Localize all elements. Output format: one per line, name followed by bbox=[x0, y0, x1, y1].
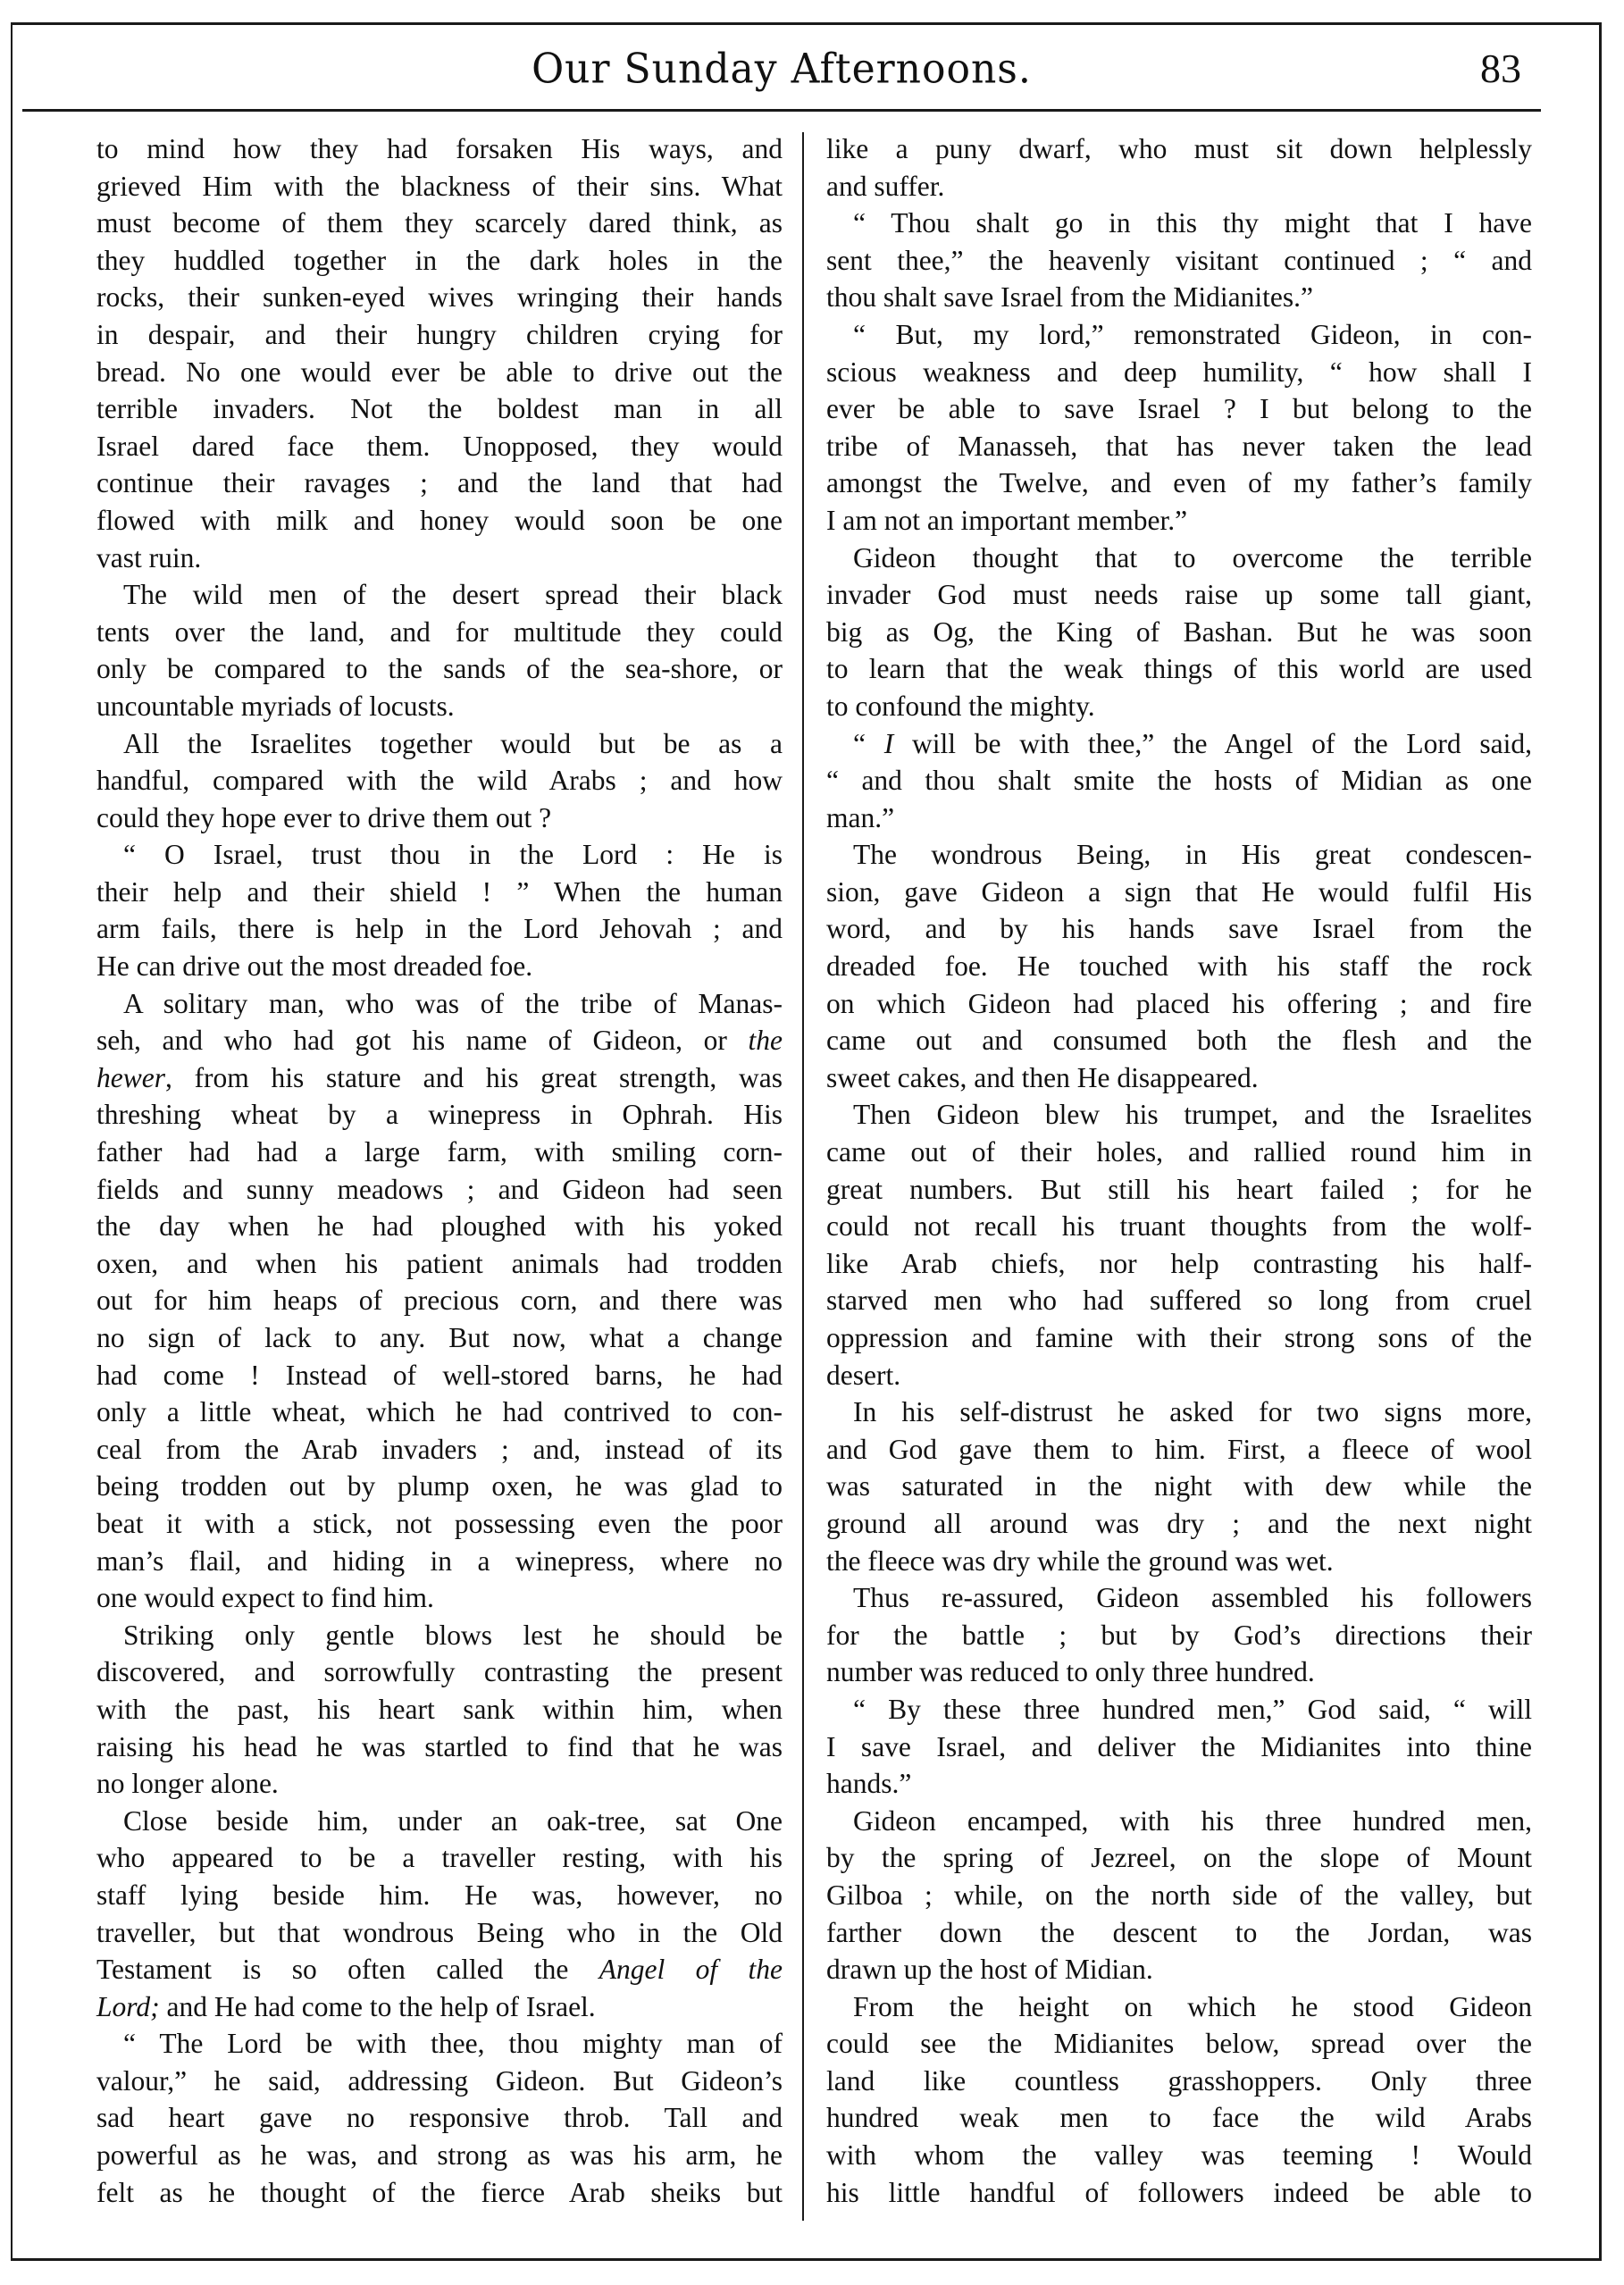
text-line: Close beside him, under an oak-tree, sat… bbox=[96, 1803, 783, 1840]
text-line: fields and sunny meadows ; and Gideon ha… bbox=[96, 1171, 783, 1209]
text-line: could see the Midianites below, spread o… bbox=[826, 2025, 1532, 2063]
text-line: his little handful of followers indeed b… bbox=[826, 2174, 1532, 2212]
text-line: “ and thou shalt smite the hosts of Midi… bbox=[826, 762, 1532, 799]
text-line: to learn that the weak things of this wo… bbox=[826, 650, 1532, 688]
text-line: in despair, and their hungry children cr… bbox=[96, 316, 783, 354]
text-line: Gideon thought that to overcome the terr… bbox=[826, 540, 1532, 577]
text-line: out for him heaps of precious corn, and … bbox=[96, 1282, 783, 1319]
text-line: father had had a large farm, with smilin… bbox=[96, 1134, 783, 1171]
text-segment: Testament is so often called the bbox=[96, 1954, 599, 1985]
text-line: starved men who had suffered so long fro… bbox=[826, 1282, 1532, 1319]
text-line: bread. No one would ever be able to driv… bbox=[96, 354, 783, 391]
text-line: desert. bbox=[826, 1357, 1532, 1394]
text-line: felt as he thought of the fierce Arab sh… bbox=[96, 2174, 783, 2212]
text-line: tribe of Manasseh, that has never taken … bbox=[826, 428, 1532, 465]
text-line: sad heart gave no responsive throb. Tall… bbox=[96, 2099, 783, 2137]
text-line: “ By these three hundred men,” God said,… bbox=[826, 1691, 1532, 1728]
text-line: Striking only gentle blows lest he shoul… bbox=[96, 1617, 783, 1654]
column-divider bbox=[802, 132, 804, 2221]
text-line: their help and their shield ! ” When the… bbox=[96, 874, 783, 911]
text-line: powerful as he was, and strong as was hi… bbox=[96, 2137, 783, 2174]
text-line: one would expect to find him. bbox=[96, 1579, 783, 1617]
text-line: rocks, their sunken-eyed wives wringing … bbox=[96, 279, 783, 316]
text-line: who appeared to be a traveller resting, … bbox=[96, 1839, 783, 1877]
text-line: and suffer. bbox=[826, 168, 1532, 205]
text-line: Then Gideon blew his trumpet, and the Is… bbox=[826, 1096, 1532, 1134]
text-line: great numbers. But still his heart faile… bbox=[826, 1171, 1532, 1209]
text-line: Testament is so often called the Angel o… bbox=[96, 1951, 783, 1988]
text-line: thou shalt save Israel from the Midianit… bbox=[826, 279, 1532, 316]
text-segment: , from his stature and his great strengt… bbox=[165, 1062, 783, 1093]
text-line: tents over the land, and for multitude t… bbox=[96, 614, 783, 651]
text-line: “ But, my lord,” remonstrated Gideon, in… bbox=[826, 316, 1532, 354]
text-line: no sign of lack to any. But now, what a … bbox=[96, 1319, 783, 1357]
text-line: I save Israel, and deliver the Midianite… bbox=[826, 1728, 1532, 1766]
text-line: vast ruin. bbox=[96, 540, 783, 577]
page-header: Our Sunday Afternoons. 83 bbox=[22, 36, 1541, 112]
text-line: only be compared to the sands of the sea… bbox=[96, 650, 783, 688]
text-line: the fleece was dry while the ground was … bbox=[826, 1543, 1532, 1580]
text-line: sent thee,” the heavenly visitant contin… bbox=[826, 242, 1532, 280]
running-title: Our Sunday Afternoons. bbox=[22, 46, 1541, 94]
text-line: invader God must needs raise up some tal… bbox=[826, 576, 1532, 614]
text-line: was saturated in the night with dew whil… bbox=[826, 1468, 1532, 1505]
text-line: A solitary man, who was of the tribe of … bbox=[96, 985, 783, 1023]
text-line: came out and consumed both the flesh and… bbox=[826, 1022, 1532, 1059]
text-line: continue their ravages ; and the land th… bbox=[96, 465, 783, 502]
text-line: He can drive out the most dreaded foe. bbox=[96, 948, 783, 985]
text-line: In his self-distrust he asked for two si… bbox=[826, 1394, 1532, 1431]
text-line: could they hope ever to drive them out ? bbox=[96, 799, 783, 837]
text-line: threshing wheat by a winepress in Ophrah… bbox=[96, 1096, 783, 1134]
text-line: like Arab chiefs, nor help contrasting h… bbox=[826, 1245, 1532, 1283]
text-line: ground all around was dry ; and the next… bbox=[826, 1505, 1532, 1543]
text-line: terrible invaders. Not the boldest man i… bbox=[96, 390, 783, 428]
text-line: Israel dared face them. Unopposed, they … bbox=[96, 428, 783, 465]
text-segment: and He had come to the help of Israel. bbox=[160, 1991, 596, 2022]
text-line: handful, compared with the wild Arabs ; … bbox=[96, 762, 783, 799]
text-line: From the height on which he stood Gideon bbox=[826, 1988, 1532, 2026]
text-line: “ I will be with thee,” the Angel of the… bbox=[826, 725, 1532, 763]
text-line: no longer alone. bbox=[96, 1765, 783, 1803]
text-line: beat it with a stick, not possessing eve… bbox=[96, 1505, 783, 1543]
text-line: “ Thou shalt go in this thy might that I… bbox=[826, 205, 1532, 242]
italic-text: I bbox=[884, 728, 894, 759]
text-line: Thus re-assured, Gideon assembled his fo… bbox=[826, 1579, 1532, 1617]
text-line: big as Og, the King of Bashan. But he wa… bbox=[826, 614, 1532, 651]
text-line: “ The Lord be with thee, thou mighty man… bbox=[96, 2025, 783, 2063]
italic-text: Lord; bbox=[96, 1991, 160, 2022]
text-line: sion, gave Gideon a sign that He would f… bbox=[826, 874, 1532, 911]
text-line: uncountable myriads of locusts. bbox=[96, 688, 783, 725]
text-segment: “ bbox=[853, 728, 884, 759]
text-line: man’s flail, and hiding in a winepress, … bbox=[96, 1543, 783, 1580]
text-line: discovered, and sorrowfully contrasting … bbox=[96, 1653, 783, 1691]
text-line: “ O Israel, trust thou in the Lord : He … bbox=[96, 836, 783, 874]
text-line: with the past, his heart sank within him… bbox=[96, 1691, 783, 1728]
text-line: ever be able to save Israel ? I but belo… bbox=[826, 390, 1532, 428]
text-line: to mind how they had forsaken His ways, … bbox=[96, 130, 783, 168]
text-line: sweet cakes, and then He disappeared. bbox=[826, 1059, 1532, 1097]
right-column: like a puny dwarf, who must sit down hel… bbox=[826, 130, 1532, 2211]
left-column: to mind how they had forsaken His ways, … bbox=[96, 130, 783, 2211]
text-line: being trodden out by plump oxen, he was … bbox=[96, 1468, 783, 1505]
text-line: valour,” he said, addressing Gideon. But… bbox=[96, 2063, 783, 2100]
text-line: came out of their holes, and rallied rou… bbox=[826, 1134, 1532, 1171]
italic-text: the bbox=[749, 1025, 783, 1056]
text-line: the day when he had ploughed with his yo… bbox=[96, 1208, 783, 1245]
text-line: traveller, but that wondrous Being who i… bbox=[96, 1914, 783, 1952]
italic-text: Angel of the bbox=[599, 1954, 783, 1985]
italic-text: hewer bbox=[96, 1062, 165, 1093]
text-line: word, and by his hands save Israel from … bbox=[826, 910, 1532, 948]
text-line: All the Israelites together would but be… bbox=[96, 725, 783, 763]
text-segment: will be with thee,” the Angel of the Lor… bbox=[893, 728, 1532, 759]
text-line: could not recall his truant thoughts fro… bbox=[826, 1208, 1532, 1245]
text-line: hewer, from his stature and his great st… bbox=[96, 1059, 783, 1097]
text-line: and God gave them to him. First, a fleec… bbox=[826, 1431, 1532, 1469]
text-line: The wondrous Being, in His great condesc… bbox=[826, 836, 1532, 874]
text-line: seh, and who had got his name of Gideon,… bbox=[96, 1022, 783, 1059]
text-line: farther down the descent to the Jordan, … bbox=[826, 1914, 1532, 1952]
text-line: grieved Him with the blackness of their … bbox=[96, 168, 783, 205]
page-number: 83 bbox=[1480, 45, 1521, 92]
text-line: hands.” bbox=[826, 1765, 1532, 1803]
text-line: hundred weak men to face the wild Arabs bbox=[826, 2099, 1532, 2137]
text-line: dreaded foe. He touched with his staff t… bbox=[826, 948, 1532, 985]
text-line: scious weakness and deep humility, “ how… bbox=[826, 354, 1532, 391]
text-line: land like countless grasshoppers. Only t… bbox=[826, 2063, 1532, 2100]
text-line: Gilboa ; while, on the north side of the… bbox=[826, 1877, 1532, 1914]
text-line: must become of them they scarcely dared … bbox=[96, 205, 783, 242]
text-line: number was reduced to only three hundred… bbox=[826, 1653, 1532, 1691]
text-line: with whom the valley was teeming ! Would bbox=[826, 2137, 1532, 2174]
text-line: The wild men of the desert spread their … bbox=[96, 576, 783, 614]
text-line: amongst the Twelve, and even of my fathe… bbox=[826, 465, 1532, 502]
text-line: arm fails, there is help in the Lord Jeh… bbox=[96, 910, 783, 948]
text-line: oxen, and when his patient animals had t… bbox=[96, 1245, 783, 1283]
text-line: raising his head he was startled to find… bbox=[96, 1728, 783, 1766]
text-line: Gideon encamped, with his three hundred … bbox=[826, 1803, 1532, 1840]
text-line: had come ! Instead of well-stored barns,… bbox=[96, 1357, 783, 1394]
text-segment: seh, and who had got his name of Gideon,… bbox=[96, 1025, 749, 1056]
text-line: ceal from the Arab invaders ; and, inste… bbox=[96, 1431, 783, 1469]
text-line: flowed with milk and honey would soon be… bbox=[96, 502, 783, 540]
text-line: staff lying beside him. He was, however,… bbox=[96, 1877, 783, 1914]
text-line: Lord; and He had come to the help of Isr… bbox=[96, 1988, 783, 2026]
text-line: oppression and famine with their strong … bbox=[826, 1319, 1532, 1357]
text-line: man.” bbox=[826, 799, 1532, 837]
text-line: they huddled together in the dark holes … bbox=[96, 242, 783, 280]
text-line: like a puny dwarf, who must sit down hel… bbox=[826, 130, 1532, 168]
text-line: only a little wheat, which he had contri… bbox=[96, 1394, 783, 1431]
text-line: to confound the mighty. bbox=[826, 688, 1532, 725]
text-line: I am not an important member.” bbox=[826, 502, 1532, 540]
text-line: for the battle ; but by God’s directions… bbox=[826, 1617, 1532, 1654]
text-line: drawn up the host of Midian. bbox=[826, 1951, 1532, 1988]
text-line: by the spring of Jezreel, on the slope o… bbox=[826, 1839, 1532, 1877]
text-line: on which Gideon had placed his offering … bbox=[826, 985, 1532, 1023]
